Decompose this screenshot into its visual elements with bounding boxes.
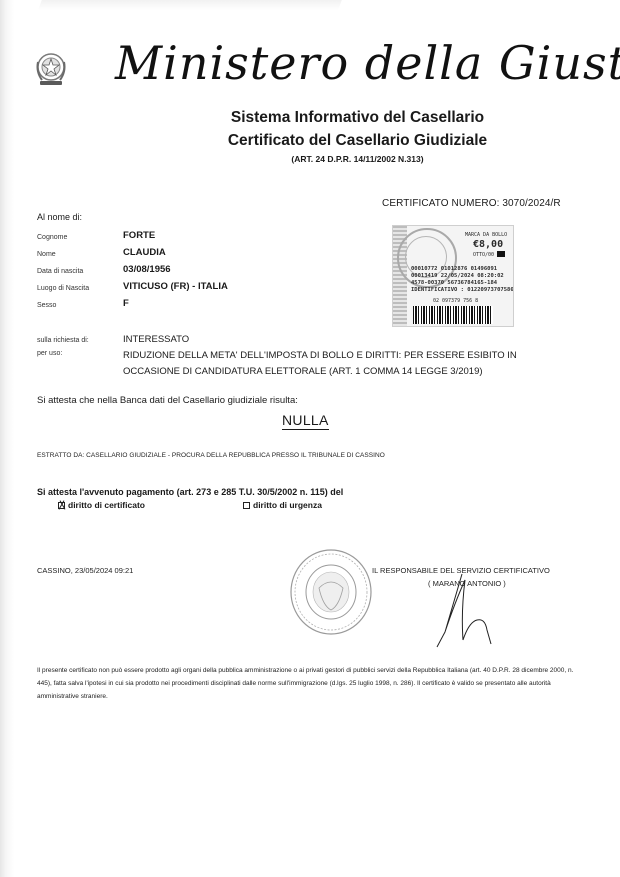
requested-by-value: INTERESSATO: [123, 334, 189, 345]
checkbox-unchecked-icon: [243, 502, 250, 509]
stamp-amount: €8,00: [473, 239, 503, 250]
field-value-surname: FORTE: [123, 230, 155, 241]
stamp-barcode: [413, 306, 493, 324]
field-label-surname: Cognome: [37, 234, 67, 241]
ministry-title: Ministero della Giustizia: [115, 36, 575, 90]
field-value-birth-date: 03/08/1956: [123, 264, 171, 275]
checkbox-checked-icon: [58, 502, 65, 509]
certificate-number-label: CERTIFICATO NUMERO:: [382, 198, 499, 209]
use-value: RIDUZIONE DELLA META' DELL'IMPOSTA DI BO…: [123, 348, 523, 380]
payment-attestation: Si attesta l'avvenuto pagamento (art. 27…: [37, 487, 343, 497]
payment-option-label: diritto di urgenza: [253, 500, 322, 510]
legal-reference: (ART. 24 D.P.R. 14/11/2002 N.313): [0, 154, 620, 164]
extract-source: ESTRATTO DA: CASELLARIO GIUDIZIALE - PRO…: [37, 452, 385, 459]
scan-smudge: [38, 0, 342, 10]
official-seal-icon: [287, 548, 375, 636]
field-label-birth-place: Luogo di Nascita: [37, 285, 89, 292]
result-value: NULLA: [282, 412, 329, 430]
certificate-number-value: 3070/2024/R: [502, 198, 560, 209]
payment-option-certificate: diritto di certificato: [58, 500, 145, 510]
system-title: Sistema Informativo del Casellario: [0, 109, 620, 127]
use-label: per uso:: [37, 350, 62, 357]
stamp-line: IDENTIFICATIVO : 01220973707586: [411, 287, 514, 293]
place-and-date: CASSINO, 23/05/2024 09:21: [37, 566, 133, 575]
requested-by-label: sulla richiesta di:: [37, 337, 89, 344]
certificate-number: CERTIFICATO NUMERO: 3070/2024/R: [382, 198, 561, 209]
field-label-birth-date: Data di nascita: [37, 268, 83, 275]
certificate-page: Ministero della Giustizia Sistema Inform…: [0, 0, 620, 877]
stamp-serial: 02 097379 756 8: [433, 298, 478, 304]
holder-intro: Al nome di:: [37, 212, 82, 222]
stamp-amount-words: OTTO/00: [473, 252, 494, 258]
stamp-line: 00013419 22/05/2024 08:20:02: [411, 273, 504, 279]
document-title: Certificato del Casellario Giudiziale: [0, 132, 620, 150]
field-value-sex: F: [123, 298, 129, 309]
stamp-line: 4578-00370 56736784165-184: [411, 280, 497, 286]
payment-option-urgency: diritto di urgenza: [243, 500, 322, 510]
stamp-black-mark: [497, 251, 505, 257]
handwritten-signature: [425, 572, 525, 652]
field-value-name: CLAUDIA: [123, 247, 166, 258]
stamp-line: 00010772 01012876 01496091: [411, 266, 497, 272]
field-label-name: Nome: [37, 251, 56, 258]
revenue-stamp: MARCA DA BOLLO €8,00 OTTO/00 00010772 01…: [392, 225, 514, 327]
payment-option-label: diritto di certificato: [68, 500, 145, 510]
stamp-issuer: MARCA DA BOLLO: [465, 232, 507, 238]
field-value-birth-place: VITICUSO (FR) - ITALIA: [123, 281, 228, 292]
result-attestation: Si attesta che nella Banca dati del Case…: [37, 395, 298, 406]
field-label-sex: Sesso: [37, 302, 56, 309]
legal-notice: Il presente certificato non può essere p…: [37, 664, 582, 703]
italian-republic-emblem-icon: [34, 50, 68, 90]
